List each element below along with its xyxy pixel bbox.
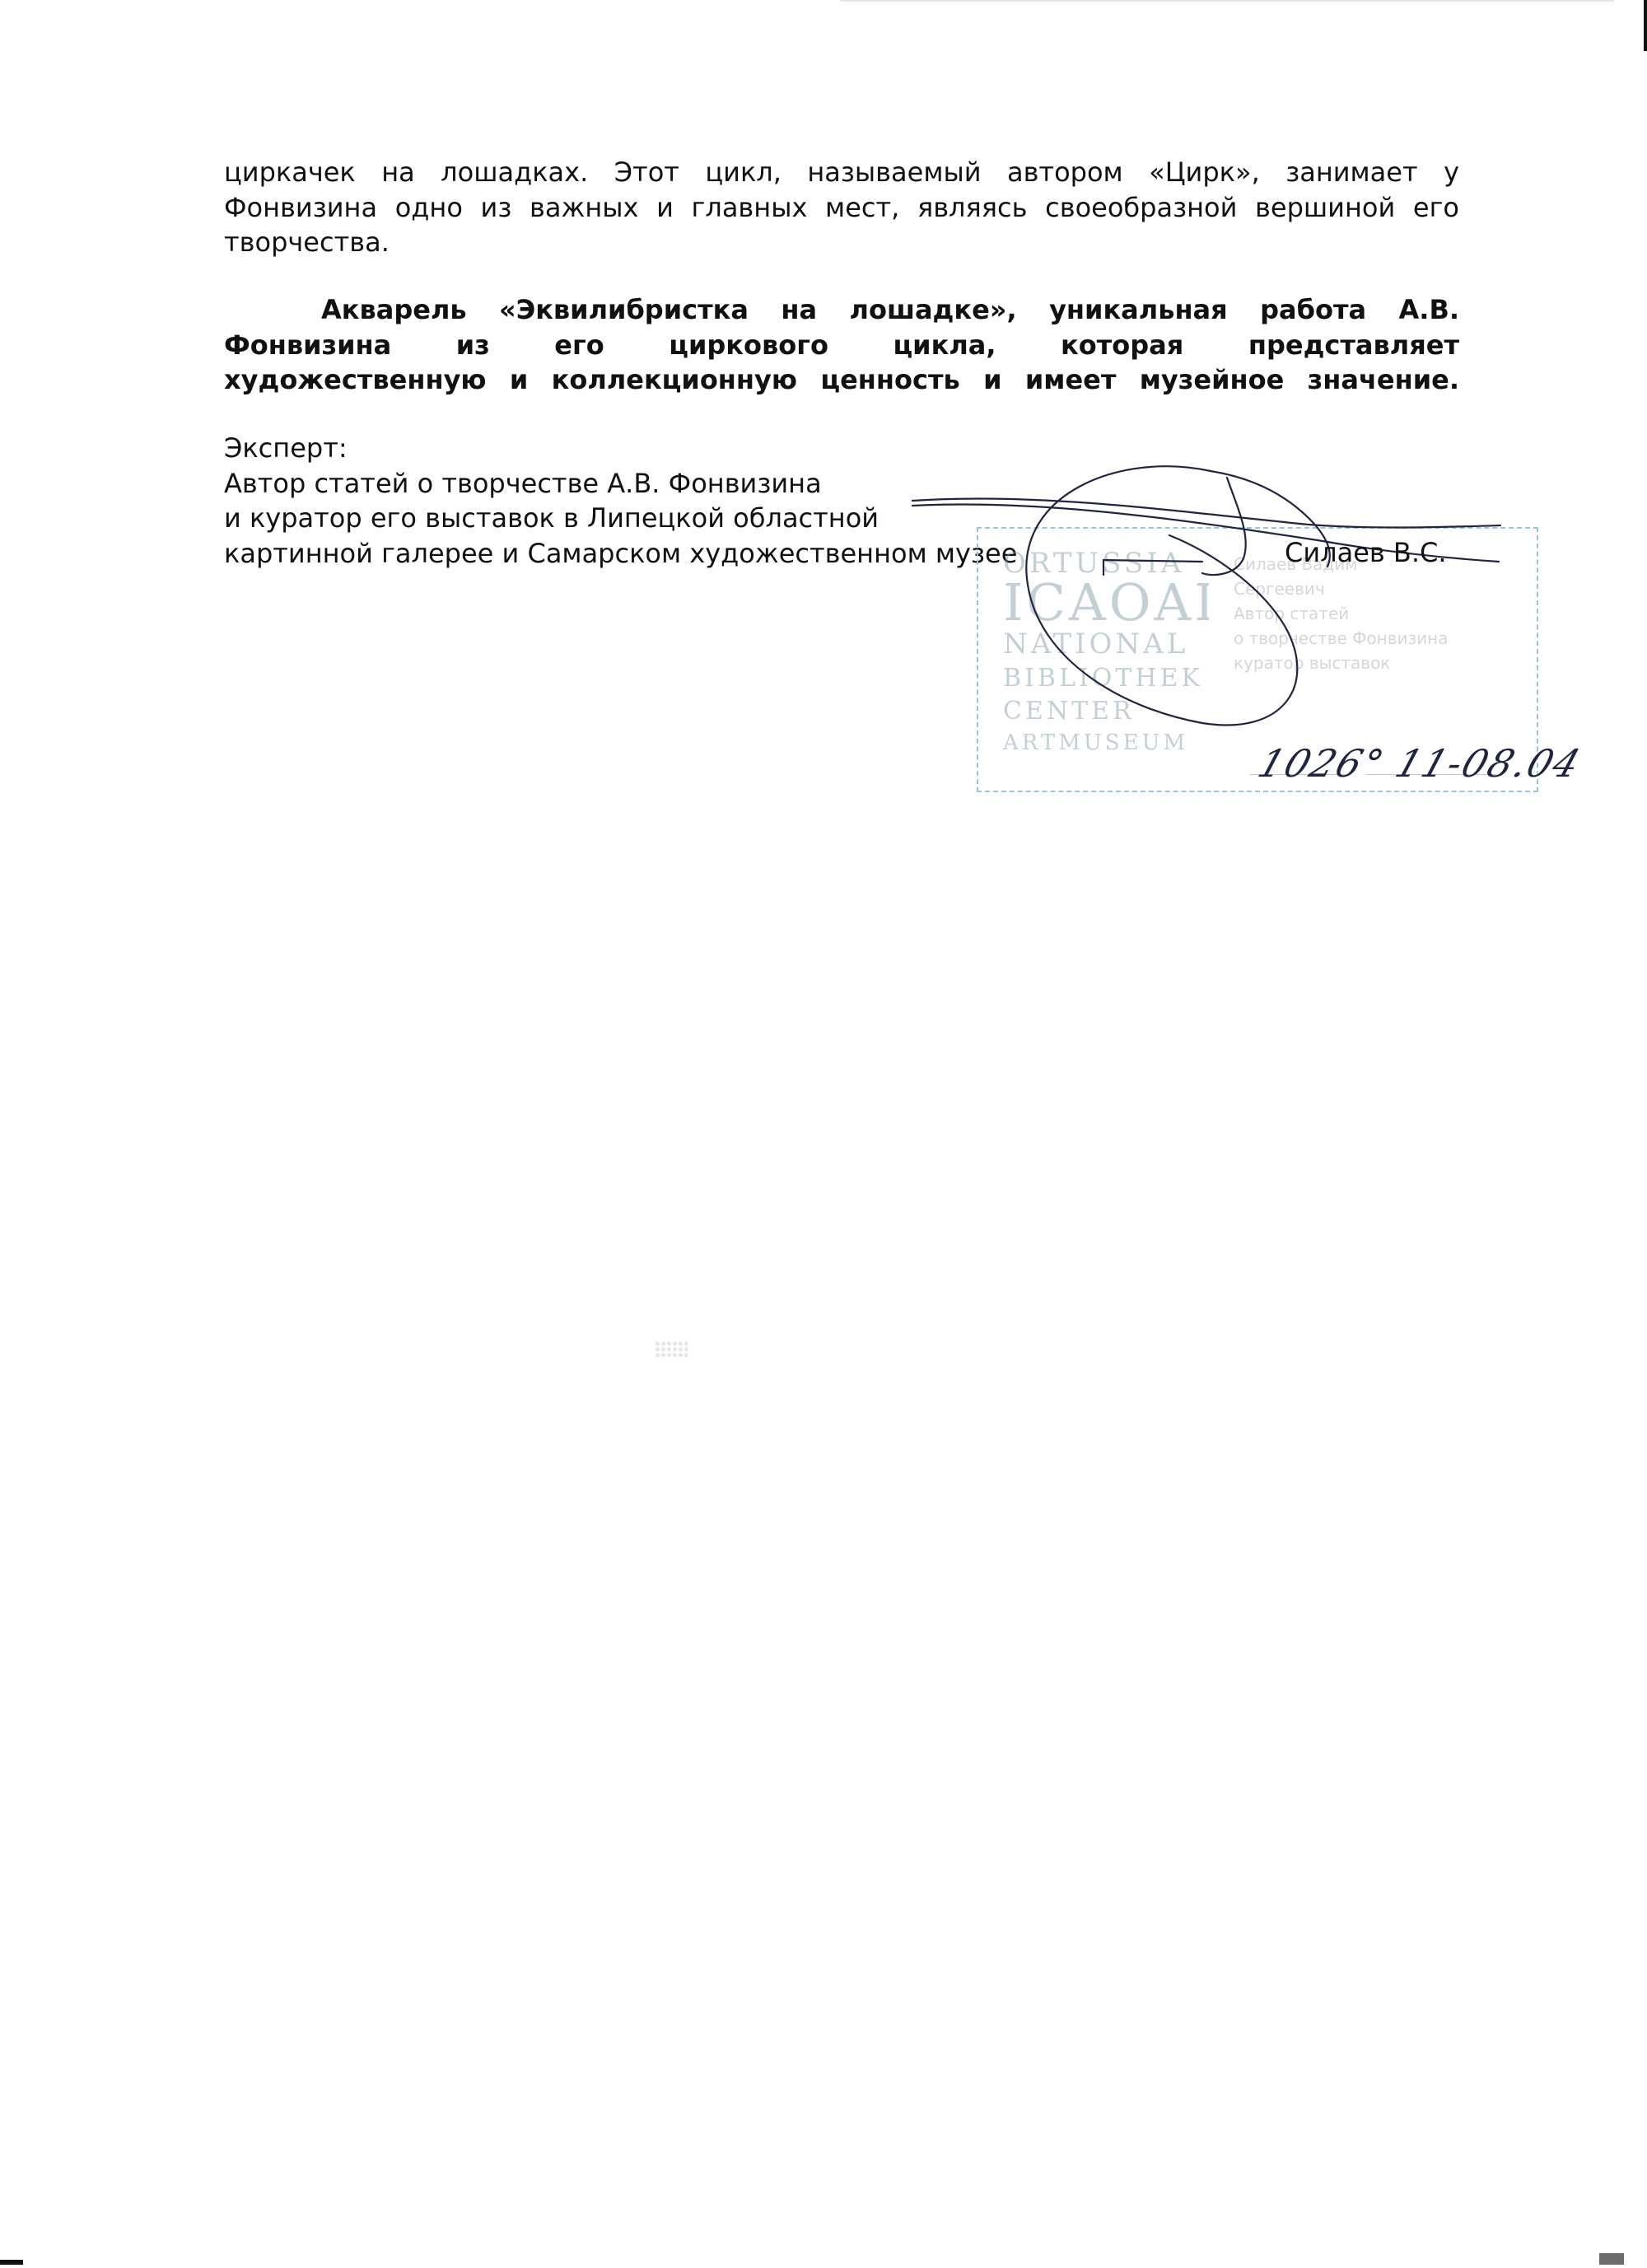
text-line: циркачек на лошадках. Этот цикл, называе… (224, 155, 1459, 190)
text-line: художественную и коллекционную ценность … (224, 362, 1459, 398)
expert-credential-line: и куратор его выставок в Липецкой област… (224, 501, 1017, 536)
stamp-text-line: куратор выставок (1234, 651, 1522, 675)
text-line: Фонвизина из его циркового цикла, котора… (224, 328, 1459, 363)
paragraph-conclusion: Акварель «Эквилибристка на лошадке», уни… (224, 292, 1459, 398)
stamp-logo-text: ORTUSSIA ICAOAD NATIONAL BIBLIOTHEK CENT… (1003, 547, 1209, 769)
text-line: творчества. (224, 225, 1459, 260)
stamp-text-line: о творчестве Фонвизина (1234, 626, 1522, 651)
stamp-faded-text: Силаев Вадим Сергеевич Автор статей о тв… (1234, 552, 1522, 749)
stamp-logo-line: ICAOAD (1003, 580, 1209, 626)
scan-edge-mark-top-right (1644, 0, 1647, 51)
paragraph-circus-cycle: циркачек на лошадках. Этот цикл, называе… (224, 155, 1459, 260)
expert-credential-line: Автор статей о творчестве А.В. Фонвизина (224, 466, 1017, 502)
scan-top-edge (840, 0, 1614, 2)
stamp-logo-line: ARTMUSEUM (1003, 728, 1209, 758)
handwritten-date: 1026° 11-08.04 (1253, 741, 1587, 786)
expert-block: Эксперт: Автор статей о творчестве А.В. … (224, 431, 1017, 571)
scan-edge-mark-bottom-left (0, 2260, 23, 2265)
scan-edge-mark-bottom-right (1599, 2253, 1624, 2265)
text-line: Фонвизина одно из важных и главных мест,… (224, 190, 1459, 226)
scan-speck (655, 1341, 688, 1359)
expert-heading: Эксперт: (224, 431, 1017, 466)
signer-name: Силаев В.С. (1285, 535, 1447, 571)
stamp-text-line: Сергеевич (1234, 576, 1522, 601)
stamp-logo-line: CENTER (1003, 695, 1209, 728)
stamp-text-line: Автор статей (1234, 601, 1522, 626)
expert-credential-line: картинной галерее и Самарском художестве… (224, 536, 1017, 572)
stamp-logo-line: BIBLIOTHEK (1003, 662, 1209, 695)
text-line: Акварель «Эквилибристка на лошадке», уни… (224, 292, 1459, 328)
document-page: циркачек на лошадках. Этот цикл, называе… (0, 0, 1647, 2268)
stamp-logo-line: NATIONAL (1003, 626, 1209, 662)
